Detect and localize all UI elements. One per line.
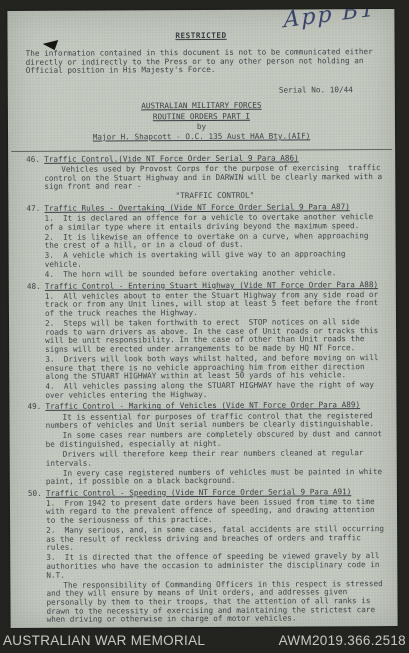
order-paragraph: "TRAFFIC CONTROL" bbox=[44, 191, 385, 201]
order-title: Traffic Control - Speeding (Vide NT Forc… bbox=[46, 487, 352, 498]
order-body: 1. All vehicles about to enter the Stuar… bbox=[45, 291, 387, 400]
order-paragraph: 1. It is declared an offence for a vehic… bbox=[44, 213, 385, 232]
serial-number: Serial No. 10/44 bbox=[279, 86, 353, 95]
order-body: Vehicles used by Provost Corps for the p… bbox=[44, 164, 385, 202]
handwritten-annotation: App B1 bbox=[284, 9, 377, 26]
document-page: RESTRICTED App B1 The information contai… bbox=[7, 9, 397, 628]
classification-label: RESTRICTED bbox=[8, 31, 395, 42]
archive-id: AWM2019.366.2518 bbox=[279, 633, 406, 648]
order-section: 48.Traffic Control - Entering Stuart Hig… bbox=[27, 281, 387, 401]
document-title: ROUTINE ORDERS PART I bbox=[8, 111, 395, 122]
order-paragraph: 3. It is directed that the offence of sp… bbox=[46, 552, 387, 580]
order-paragraph: In some cases rear numbers are completel… bbox=[46, 430, 387, 449]
archive-name: AUSTRALIAN WAR MEMORIAL bbox=[3, 633, 205, 648]
security-notice: The information contained in this docume… bbox=[26, 48, 386, 76]
order-section: 50.Traffic Control - Speeding (Vide NT F… bbox=[28, 488, 388, 625]
order-number: 48. bbox=[27, 283, 45, 292]
order-body: 1. It is declared an offence for a vehic… bbox=[44, 213, 385, 279]
scan-background: { "annotation": { "text": "App B1" }, "h… bbox=[0, 0, 409, 653]
header-divider bbox=[11, 149, 392, 152]
orders-list: 46.Traffic Control.(Vide NT Force Order … bbox=[26, 154, 387, 625]
author-line: Major H. Shapcott - O.C. 135 Aust HAA Bt… bbox=[8, 132, 395, 143]
order-paragraph: Drivers will therefore keep their rear n… bbox=[46, 449, 387, 468]
footer-bar: AUSTRALIAN WAR MEMORIAL AWM2019.366.2518 bbox=[0, 627, 409, 653]
order-body: 1. From 1942 to present date orders have… bbox=[46, 498, 388, 625]
order-number: 47. bbox=[26, 205, 44, 214]
order-section: 47.Traffic Rules - Overtaking (Vide NT F… bbox=[26, 203, 385, 280]
order-section: 49.Traffic Control - Marking of Vehicles… bbox=[27, 401, 386, 486]
order-paragraph: 3. A vehicle which is overtaking will gi… bbox=[45, 250, 386, 269]
order-paragraph: 1. From 1942 to present date orders have… bbox=[46, 498, 387, 526]
order-paragraph: Vehicles used by Provost Corps for the p… bbox=[44, 164, 385, 192]
org-title: AUSTRALIAN MILITARY FORCES bbox=[8, 101, 395, 112]
order-paragraph: 2. It is likewise an offence to overtake… bbox=[45, 232, 386, 251]
order-paragraph: 4. All vehicles passing along the STUART… bbox=[45, 381, 386, 400]
order-title: Traffic Control - Entering Stuart Highwa… bbox=[45, 280, 378, 291]
order-section: 46.Traffic Control.(Vide NT Force Order … bbox=[26, 154, 385, 202]
order-paragraph: It is essential for purposes of traffic … bbox=[45, 412, 386, 431]
order-paragraph: 2. Many serious, and, in some cases, fat… bbox=[46, 525, 387, 553]
order-title: Traffic Rules - Overtaking (Vide NT Forc… bbox=[44, 202, 350, 213]
order-paragraph: 3. Drivers will look both ways whilst ha… bbox=[45, 354, 386, 382]
order-number: 46. bbox=[26, 156, 44, 165]
order-paragraph: 4. The horn will be sounded before overt… bbox=[45, 269, 386, 279]
order-paragraph: 1. All vehicles about to enter the Stuar… bbox=[45, 291, 386, 319]
order-paragraph: The responsibility of Commanding Officer… bbox=[46, 580, 387, 625]
order-number: 50. bbox=[28, 490, 46, 499]
order-title: Traffic Control.(Vide NT Force Order Ser… bbox=[44, 153, 299, 163]
order-body: It is essential for purposes of traffic … bbox=[45, 412, 386, 487]
order-title: Traffic Control - Marking of Vehicles (V… bbox=[45, 401, 360, 412]
order-number: 49. bbox=[27, 403, 45, 412]
order-paragraph: 2. Steps will be taken forthwith to erec… bbox=[45, 318, 386, 354]
order-paragraph: In every case registered numbers of vehi… bbox=[46, 468, 387, 487]
